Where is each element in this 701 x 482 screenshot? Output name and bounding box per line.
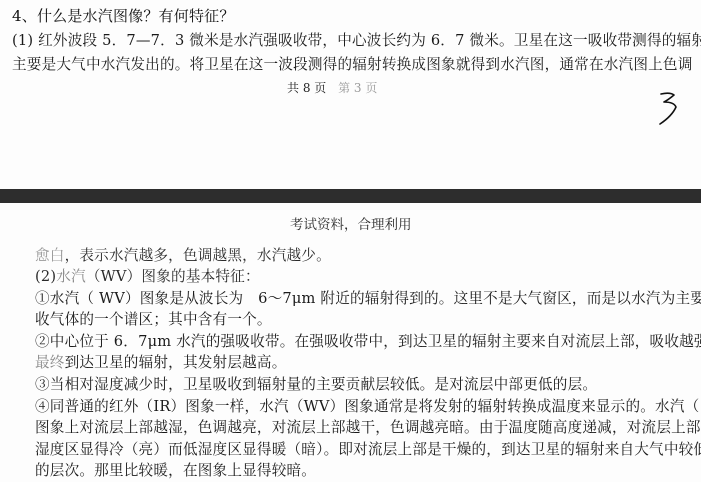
faded-text: 愈白 xyxy=(35,247,65,264)
question-title: 4、什么是水汽图像？有何特征？ xyxy=(12,6,235,26)
text-line: 愈白，表示水汽越多，色调越黑，水汽越少。 xyxy=(35,246,331,266)
document-page-top: 4、什么是水汽图像？有何特征？ (1) 红外波段 5．7—7．3 微米是水汽强吸… xyxy=(0,0,701,189)
text-line: ③当相对湿度减少时，卫星吸收到辐射量的主要贡献层较低。是对流层中部更低的层。 xyxy=(35,375,597,395)
text-line: 收气体的一个谱区；其中含有一个。 xyxy=(35,310,272,330)
text-line: 的层次。那里比较暖，在图象上显得较暗。 xyxy=(35,461,316,481)
faded-text: 最终 xyxy=(35,354,65,371)
text-line: ①水汽（ WV）图象是从波长为 6～7μm 附近的辐射得到的。这里不是大气窗区，… xyxy=(35,289,701,309)
text-line: ④同普通的红外（IR）图象一样，水汽（WV）图象通常是将发射的辐射转换成温度来显… xyxy=(35,397,701,417)
page-header-note: 考试资料，合理利用 xyxy=(290,213,412,233)
document-page-bottom: 考试资料，合理利用 愈白，表示水汽越多，色调越黑，水汽越少。 (2)水汽（WV）… xyxy=(0,203,701,482)
text-line: 图象上对流层上部越湿，色调越亮，对流层上部越干，色调越亮暗。由于温度随高度递减，… xyxy=(35,418,701,438)
faded-text: 水汽 xyxy=(56,268,86,285)
section-heading: (2)水汽（WV）图象的基本特征： xyxy=(35,267,260,287)
total-pages-label: 共 8 页 xyxy=(287,81,326,95)
page-footer: 共 8 页 第 3 页 xyxy=(287,79,377,96)
current-page-label: 第 3 页 xyxy=(338,81,377,95)
handwritten-number-mark xyxy=(658,92,682,126)
text-line: 主要是大气中水汽发出的。将卫星在这一波段测得的辐射转换成图象就得到水汽图，通常在… xyxy=(12,55,693,75)
text-line: ②中心位于 6．7μm 水汽的强吸收带。在强吸收带中，到达卫星的辐射主要来自对流… xyxy=(35,332,701,352)
text-segment: ，表示水汽越多，色调越黑，水汽越少。 xyxy=(65,247,331,264)
text-line: 最终到达卫星的辐射，其发射层越高。 xyxy=(35,353,287,373)
text-segment: （WV）图象的基本特征： xyxy=(86,268,260,285)
text-line: 湿度区显得冷（亮）而低湿度区显得暖（暗）。即对流层上部是干燥的，到达卫星的辐射来… xyxy=(35,440,701,460)
text-line: (1) 红外波段 5．7—7．3 微米是水汽强吸收带，中心波长约为 6．7 微米… xyxy=(12,31,701,51)
text-segment: 到达卫星的辐射，其发射层越高。 xyxy=(65,354,287,371)
page-divider xyxy=(0,189,701,203)
text-segment: (2) xyxy=(35,268,56,285)
